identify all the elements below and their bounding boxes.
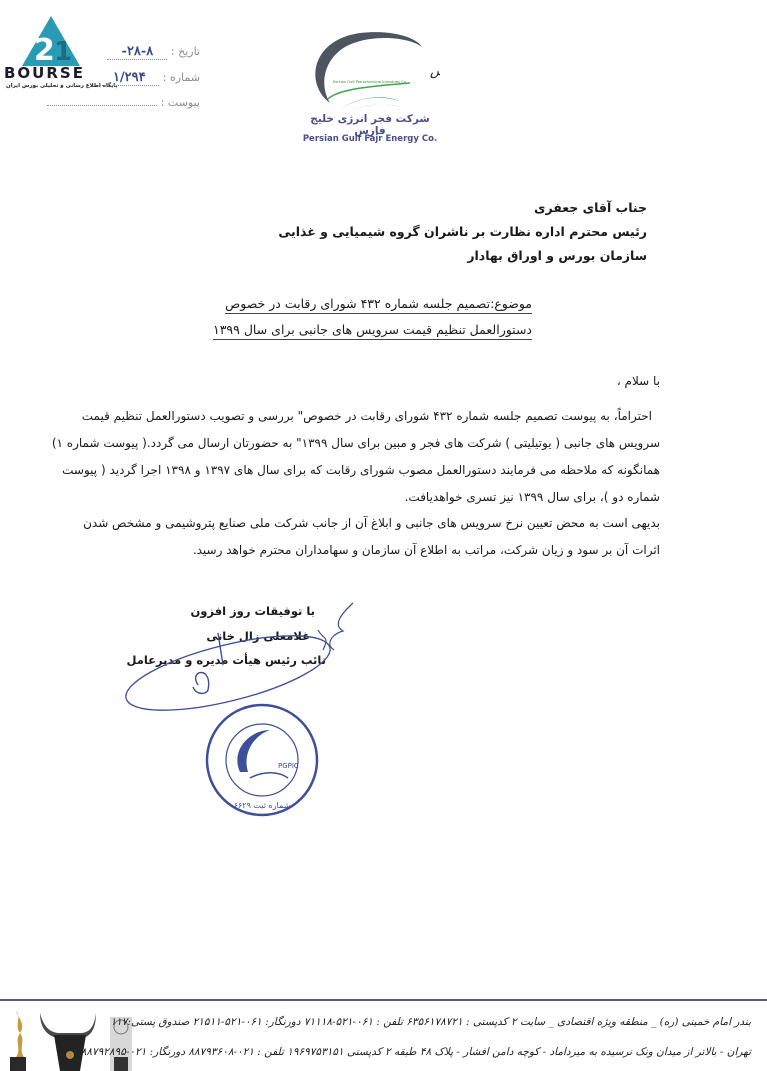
greeting: با سلام ، [617, 374, 660, 388]
award-statue-icon [10, 1011, 26, 1071]
body-line-5: بدیهی است به محض تعیین نرخ سرویس های جان… [83, 516, 660, 530]
footer-address-site: بندر امام خمینی (ره) _ منطقه ویژه اقتصاد… [110, 1016, 751, 1028]
svg-text:شرکت صنایع پتروشیمی خلیج فارس: شرکت صنایع پتروشیمی خلیج فارس [430, 64, 440, 79]
company-swoosh-logo-icon: شرکت صنایع پتروشیمی خلیج فارس [300, 25, 440, 115]
bourse-wordmark: BOURSE [4, 64, 85, 82]
date-label: تاریخ : [171, 45, 200, 58]
number-field: شماره : ۱/۲۹۴ [99, 70, 200, 86]
parent-company-name-en: Persian Gulf Petrochemical Industries Co… [320, 80, 420, 84]
body-line-6: اثرات آن بر سود و زیان شرکت، مراتب به اط… [193, 543, 660, 557]
body-line-2: سرویس های جانبی ( یوتیلیتی ) شرکت های فج… [52, 436, 660, 450]
svg-text:1: 1 [54, 37, 72, 67]
attachment-field: پیوست : [47, 96, 200, 109]
footer-address-tehran: تهران - بالاتر از میدان ونک نرسیده به می… [81, 1046, 751, 1058]
svg-text:PGPIC: PGPIC [278, 762, 299, 770]
bull-trophy-icon [40, 1013, 96, 1071]
date-value: ۲۸-۸- [122, 44, 154, 59]
body-line-4: شماره دو )، برای سال ۱۳۹۹ نیز تسری خواهد… [405, 490, 660, 504]
subject-line-1: موضوع:تصمیم جلسه شماره ۴۳۲ شورای رقابت د… [225, 296, 532, 314]
body-line-3: همانگونه که ملاحظه می فرمایند دستورالعمل… [62, 463, 660, 477]
awards-row [4, 1005, 134, 1071]
recipient-title: رئیس محترم اداره نظارت بر ناشران گروه شی… [278, 224, 647, 239]
body-line-1: احتراماً، به پیوست تصمیم جلسه شماره ۴۳۲ … [82, 409, 652, 423]
footer-divider [0, 999, 767, 1001]
svg-text:شماره ثبت ۶۶۲۹: شماره ثبت ۶۶۲۹ [234, 801, 291, 810]
company-name-en: Persian Gulf Fajr Energy Co. [300, 134, 440, 144]
number-value: ۱/۲۹۴ [113, 70, 146, 85]
subject-line-2: دستورالعمل تنظیم قیمت سرویس های جانبی بر… [213, 322, 532, 340]
recipient-name: جناب آقای جعفری [534, 200, 647, 215]
svg-text:2: 2 [34, 33, 55, 68]
recipient-organization: سازمان بورس و اوراق بهادار [467, 248, 647, 263]
date-field: تاریخ : ۲۸-۸- [107, 44, 200, 60]
number-label: شماره : [163, 71, 200, 84]
company-seal-stamp-icon: PGPIC شماره ثبت ۶۶۲۹ [200, 700, 325, 820]
handwritten-signature-icon [118, 595, 368, 715]
attachment-label: پیوست : [161, 96, 200, 109]
